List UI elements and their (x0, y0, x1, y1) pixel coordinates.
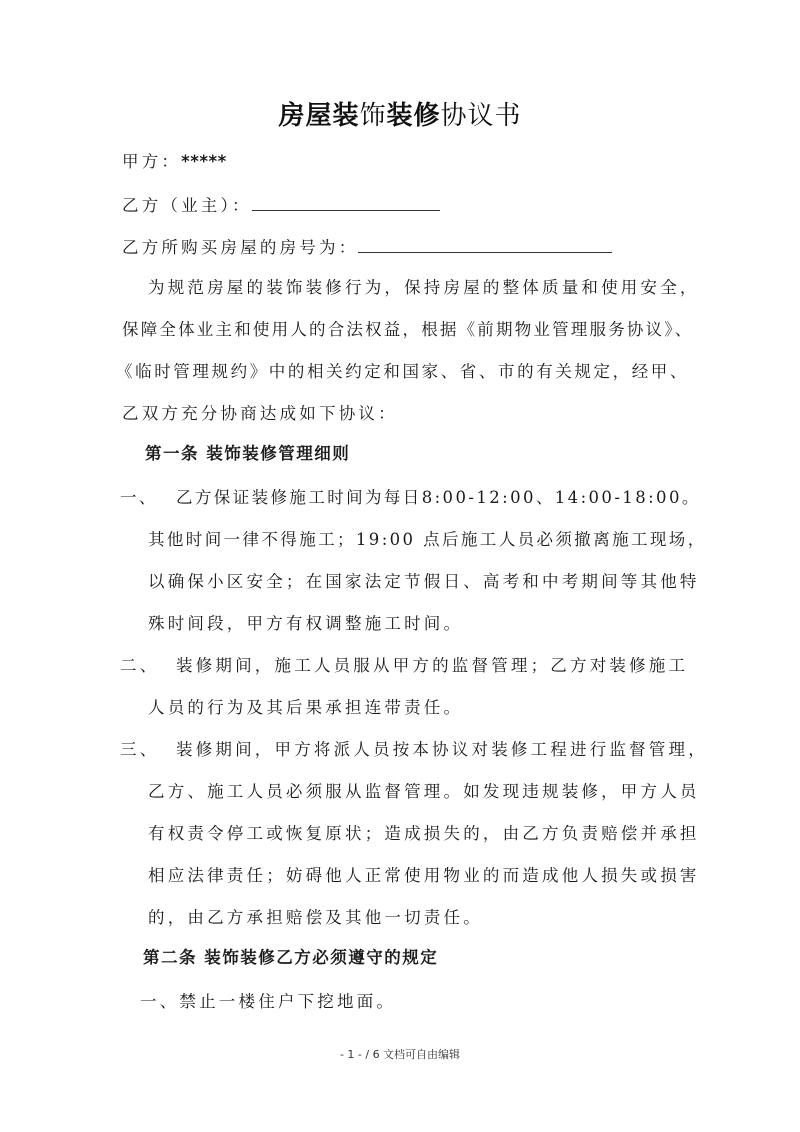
item-line: 殊时间段，甲方有权调整施工时间。 (148, 612, 463, 636)
article1-item-2: 二、装修期间，施工人员服从甲方的监督管理；乙方对装修施工 (120, 654, 688, 678)
document-page: 房屋装饰装修协议书 甲方：***** 乙方（业主）： 乙方所购买房屋的房号为： … (0, 0, 800, 1132)
party-b-label: 乙方（业主）： (122, 196, 252, 215)
item-line: 的，由乙方承担赔偿及其他一切责任。 (148, 906, 483, 930)
article2-heading: 第二条 装饰装修乙方必须遵守的规定 (143, 946, 438, 970)
item-text: 装修期间，甲方将派人员按本协议对装修工程进行监督管理， (176, 740, 708, 759)
preamble-line: 乙双方充分协商达成如下协议： (122, 402, 398, 426)
item-line: 其他时间一律不得施工；19:00 点后施工人员必须撤离施工现场， (148, 528, 707, 552)
party-a-label: 甲方： (122, 152, 181, 171)
article2-item-1: 一、禁止一楼住户下挖地面。 (140, 990, 396, 1014)
item-line: 人员的行为及其后果承担连带责任。 (148, 696, 463, 720)
room-number-label: 乙方所购买房屋的房号为： (122, 238, 358, 257)
item-number: 三、 (120, 738, 176, 762)
article1-item-3: 三、装修期间，甲方将派人员按本协议对装修工程进行监督管理， (120, 738, 708, 762)
item-text: 乙方保证装修施工时间为每日8:00-12:00、14:00-18:00。 (176, 488, 701, 507)
party-b-line: 乙方（业主）： (122, 194, 440, 218)
item-line: 相应法律责任；妨碍他人正常使用物业的而造成他人损失或损害 (148, 864, 700, 888)
party-a-line: 甲方：***** (122, 150, 227, 174)
article1-heading: 第一条 装饰装修管理细则 (145, 442, 350, 466)
item-line: 以确保小区安全；在国家法定节假日、高考和中考期间等其他特 (148, 570, 700, 594)
room-number-blank-field[interactable] (358, 236, 612, 253)
item-line: 有权责令停工或恢复原状；造成损失的，由乙方负责赔偿并承担 (148, 822, 700, 846)
item-text: 装修期间，施工人员服从甲方的监督管理；乙方对装修施工 (176, 656, 688, 675)
title-part: 饰 (359, 101, 386, 131)
item-number: 一、 (120, 486, 176, 510)
title-part: 协议书 (441, 101, 522, 131)
preamble-line: 保障全体业主和使用人的合法权益，根据《前期物业管理服务协议》、 (122, 318, 693, 342)
item-number: 二、 (120, 654, 176, 678)
page-footer: - 1 - / 6 文档可自由编辑 (0, 1046, 800, 1062)
title-part: 房屋装 (278, 101, 359, 131)
title-part: 装修 (387, 101, 441, 131)
article1-item-1: 一、乙方保证装修施工时间为每日8:00-12:00、14:00-18:00。 (120, 486, 701, 510)
party-a-value: ***** (181, 152, 227, 171)
preamble-line: 《临时管理规约》中的相关约定和国家、省、市的有关规定，经甲、 (116, 360, 689, 384)
preamble-line: 为规范房屋的装饰装修行为，保持房屋的整体质量和使用安全， (148, 276, 700, 300)
room-number-line: 乙方所购买房屋的房号为： (122, 236, 612, 260)
document-title: 房屋装饰装修协议书 (0, 98, 800, 134)
party-b-blank-field[interactable] (252, 194, 440, 211)
item-line: 乙方、施工人员必须服从监督管理。如发现违规装修，甲方人员 (148, 780, 700, 804)
